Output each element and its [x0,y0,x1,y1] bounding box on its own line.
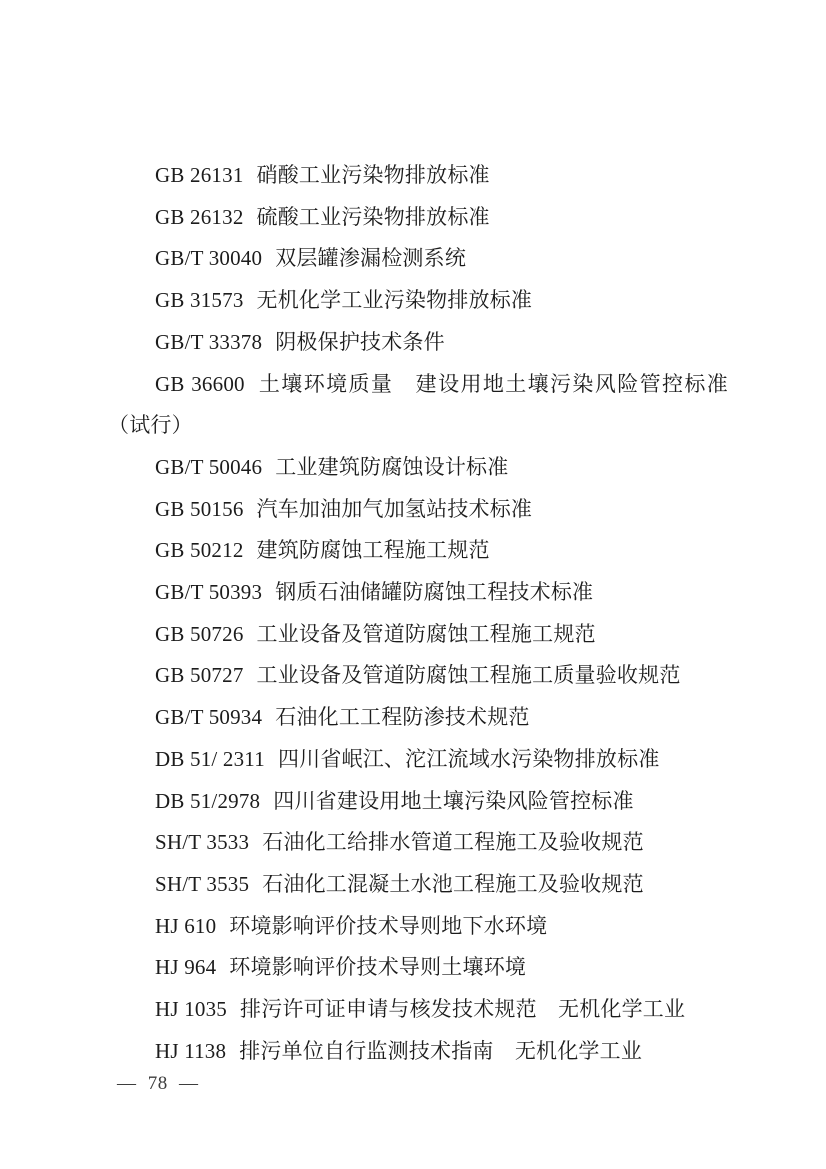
standard-entry: GB 50726工业设备及管道防腐蚀工程施工规范 [108,614,728,656]
standard-entry-line: HJ 1035排污许可证申请与核发技术规范 无机化学工业 [108,989,728,1031]
standard-code: GB/T 50934 [155,705,262,729]
standard-entry: GB 50156汽车加油加气加氢站技术标准 [108,489,728,531]
standard-entry: GB 31573无机化学工业污染物排放标准 [108,280,728,322]
standard-entry: HJ 610环境影响评价技术导则地下水环境 [108,906,728,948]
standard-title: 土壤环境质量 建设用地土壤污染风险管控标准 [258,372,728,396]
standard-code: GB 26131 [155,163,244,187]
standard-title: 工业建筑防腐蚀设计标准 [275,455,508,479]
standard-code: GB/T 50393 [155,580,262,604]
standard-entry: GB/T 30040双层罐渗漏检测系统 [108,238,728,280]
standard-title: 排污许可证申请与核发技术规范 无机化学工业 [240,997,685,1021]
standard-entry-line: GB 50727工业设备及管道防腐蚀工程施工质量验收规范 [108,655,728,697]
standard-code: GB 36600 [155,372,245,396]
standard-entry: GB 50212建筑防腐蚀工程施工规范 [108,530,728,572]
standard-code: GB 50727 [155,663,244,687]
standard-entry-line: HJ 964环境影响评价技术导则土壤环境 [108,947,728,989]
standard-title: 硝酸工业污染物排放标准 [257,163,490,187]
standard-entry-line: SH/T 3535石油化工混凝土水池工程施工及验收规范 [108,864,728,906]
standard-code: DB 51/2978 [155,789,260,813]
standard-entry-line: GB 26132硫酸工业污染物排放标准 [108,197,728,239]
standard-entry-line: DB 51/2978四川省建设用地土壤污染风险管控标准 [108,781,728,823]
standard-code: GB 31573 [155,288,244,312]
standard-entry-line: GB/T 33378阴极保护技术条件 [108,322,728,364]
standard-entry-line: GB/T 50934石油化工工程防渗技术规范 [108,697,728,739]
standard-entry: GB/T 50934石油化工工程防渗技术规范 [108,697,728,739]
standard-title: 石油化工工程防渗技术规范 [275,705,529,729]
standard-entry-line: HJ 610环境影响评价技术导则地下水环境 [108,906,728,948]
standard-code: SH/T 3533 [155,830,249,854]
standard-entry: HJ 964环境影响评价技术导则土壤环境 [108,947,728,989]
standard-continuation: （试行） [108,405,728,447]
standard-title: 环境影响评价技术导则地下水环境 [229,914,547,938]
standard-entry-line: GB 26131硝酸工业污染物排放标准 [108,155,728,197]
standard-title: 石油化工给排水管道工程施工及验收规范 [262,830,644,854]
standard-title: 硫酸工业污染物排放标准 [257,205,490,229]
standard-entry-line: GB/T 50046工业建筑防腐蚀设计标准 [108,447,728,489]
standard-entry: HJ 1138排污单位自行监测技术指南 无机化学工业 [108,1031,728,1073]
standard-code: HJ 964 [155,955,216,979]
standard-entry: GB 50727工业设备及管道防腐蚀工程施工质量验收规范 [108,655,728,697]
standard-entry-line: GB 36600土壤环境质量 建设用地土壤污染风险管控标准 [108,364,728,406]
standard-title: 石油化工混凝土水池工程施工及验收规范 [262,872,644,896]
standard-title: 环境影响评价技术导则土壤环境 [229,955,526,979]
standard-code: GB 26132 [155,205,244,229]
standard-code: HJ 1138 [155,1039,226,1063]
standard-entry: SH/T 3533石油化工给排水管道工程施工及验收规范 [108,822,728,864]
standard-entry: GB 26131硝酸工业污染物排放标准 [108,155,728,197]
standard-entry: HJ 1035排污许可证申请与核发技术规范 无机化学工业 [108,989,728,1031]
standard-entry: GB 26132硫酸工业污染物排放标准 [108,197,728,239]
standard-code: GB 50726 [155,622,244,646]
standard-entry-line: HJ 1138排污单位自行监测技术指南 无机化学工业 [108,1031,728,1073]
standard-entry: GB 36600土壤环境质量 建设用地土壤污染风险管控标准（试行） [108,364,728,447]
standard-title: 四川省岷江、沱江流域水污染物排放标准 [278,747,660,771]
standard-title: 钢质石油储罐防腐蚀工程技术标准 [275,580,593,604]
standard-title: 排污单位自行监测技术指南 无机化学工业 [239,1039,642,1063]
standard-title: 建筑防腐蚀工程施工规范 [257,538,490,562]
standard-title: 阴极保护技术条件 [275,330,445,354]
standard-code: SH/T 3535 [155,872,249,896]
standard-title: 双层罐渗漏检测系统 [275,246,466,270]
standard-title: 四川省建设用地土壤污染风险管控标准 [273,789,633,813]
standard-entry-line: GB 50156汽车加油加气加氢站技术标准 [108,489,728,531]
standard-entry: GB/T 50393钢质石油储罐防腐蚀工程技术标准 [108,572,728,614]
standard-entry: DB 51/2978四川省建设用地土壤污染风险管控标准 [108,781,728,823]
standard-entry-line: GB/T 30040双层罐渗漏检测系统 [108,238,728,280]
standard-code: GB/T 30040 [155,246,262,270]
standard-entry-line: GB 50212建筑防腐蚀工程施工规范 [108,530,728,572]
standard-entry: GB/T 33378阴极保护技术条件 [108,322,728,364]
standard-entry-line: GB/T 50393钢质石油储罐防腐蚀工程技术标准 [108,572,728,614]
standard-entry-line: DB 51/ 2311四川省岷江、沱江流域水污染物排放标准 [108,739,728,781]
standard-code: GB 50156 [155,497,244,521]
standard-title: 无机化学工业污染物排放标准 [257,288,533,312]
standard-title: 工业设备及管道防腐蚀工程施工质量验收规范 [257,663,681,687]
standard-code: GB/T 50046 [155,455,262,479]
standard-code: HJ 1035 [155,997,227,1021]
standard-entry-line: GB 31573无机化学工业污染物排放标准 [108,280,728,322]
standard-entry: DB 51/ 2311四川省岷江、沱江流域水污染物排放标准 [108,739,728,781]
standard-code: GB 50212 [155,538,244,562]
standard-title: 工业设备及管道防腐蚀工程施工规范 [257,622,596,646]
standard-code: HJ 610 [155,914,216,938]
standards-list: GB 26131硝酸工业污染物排放标准 GB 26132硫酸工业污染物排放标准 … [108,155,728,1072]
standard-entry-line: SH/T 3533石油化工给排水管道工程施工及验收规范 [108,822,728,864]
standard-code: GB/T 33378 [155,330,262,354]
page-number: — 78 — [117,1072,199,1096]
standard-title: 汽车加油加气加氢站技术标准 [257,497,533,521]
standard-entry-line: GB 50726工业设备及管道防腐蚀工程施工规范 [108,614,728,656]
standard-entry: GB/T 50046工业建筑防腐蚀设计标准 [108,447,728,489]
document-page: GB 26131硝酸工业污染物排放标准 GB 26132硫酸工业污染物排放标准 … [0,0,826,1169]
standard-entry: SH/T 3535石油化工混凝土水池工程施工及验收规范 [108,864,728,906]
standard-code: DB 51/ 2311 [155,747,265,771]
